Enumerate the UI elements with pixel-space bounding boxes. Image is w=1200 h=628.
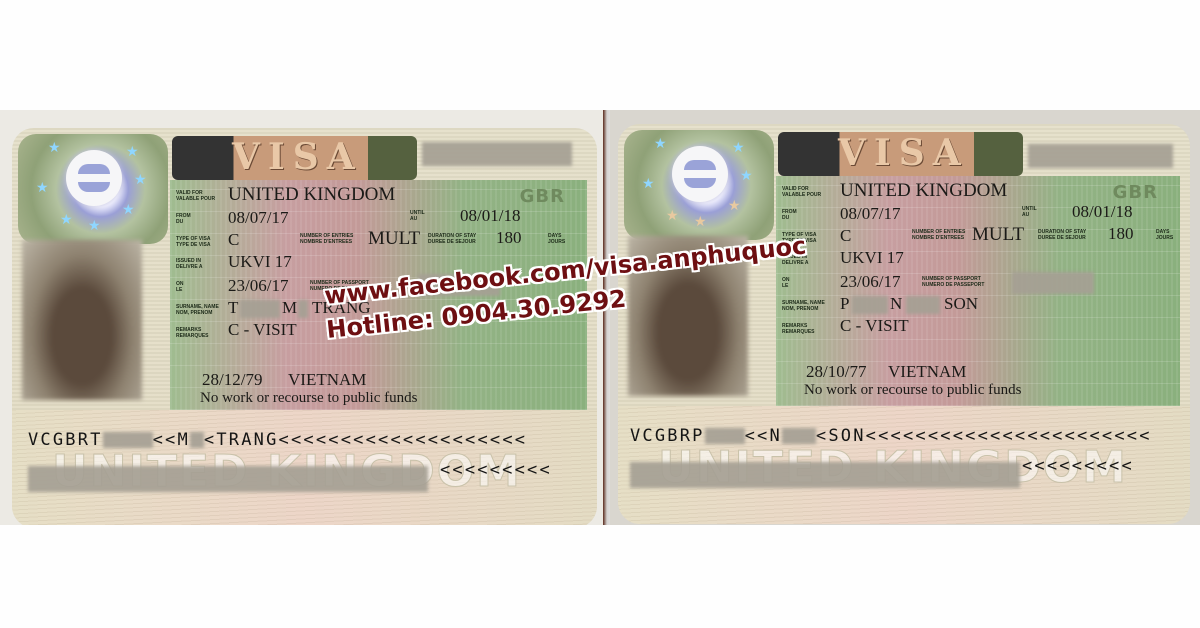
name-initial-1: P — [840, 294, 849, 314]
globe-icon — [672, 146, 728, 202]
visa-header: VISA — [232, 136, 363, 178]
country-code: GBR — [1113, 182, 1158, 203]
label-valid-for: VALID FOR VALABLE POUR — [782, 186, 821, 198]
label-passport-number: NUMBER OF PASSPORT NUMERO DE PASSEPORT — [922, 276, 984, 288]
label-from: FROM DU — [782, 209, 797, 221]
label-from: FROM DU — [176, 213, 191, 225]
redacted-mrz — [705, 428, 745, 444]
issue-date-value: 23/06/17 — [840, 272, 900, 292]
mrz-suffix: <SON<<<<<<<<<<<<<<<<<<<<<<< — [816, 426, 1152, 446]
name-initial-2: N — [890, 294, 902, 314]
star-icon: ★ — [126, 146, 139, 160]
remarks-value: C - VISIT — [228, 320, 297, 340]
remarks-value: C - VISIT — [840, 316, 909, 336]
star-icon: ★ — [740, 170, 753, 184]
star-icon: ★ — [666, 210, 679, 224]
from-value: 08/07/17 — [840, 204, 900, 224]
nationality: VIETNAM — [288, 370, 366, 390]
star-icon: ★ — [732, 142, 745, 156]
label-days: DAYS JOURS — [1156, 229, 1173, 241]
country-code: GBR — [520, 186, 565, 207]
label-valid-for: VALID FOR VALABLE POUR — [176, 190, 215, 202]
redacted-name — [906, 296, 940, 314]
star-icon: ★ — [694, 216, 707, 230]
visa-header: VISA — [838, 132, 969, 174]
label-on: ON LE — [176, 281, 184, 293]
valid-for-value: UNITED KINGDOM — [840, 180, 1007, 202]
redacted-passport-number — [1012, 272, 1094, 294]
redacted-number — [422, 142, 572, 166]
mrz-line-1: VCGBRP<<N<SON<<<<<<<<<<<<<<<<<<<<<<< — [630, 426, 1152, 446]
name-last: SON — [944, 294, 978, 314]
date-of-birth: 28/12/79 — [202, 370, 262, 390]
mrz-line-2-tail: <<<<<<<<< — [1022, 456, 1134, 476]
star-icon: ★ — [88, 220, 101, 234]
star-icon: ★ — [642, 178, 655, 192]
star-icon: ★ — [654, 138, 667, 152]
mrz-suffix: <TRANG<<<<<<<<<<<<<<<<<<<< — [204, 430, 527, 450]
issued-in-value: UKVI 17 — [840, 248, 904, 268]
visa-sticker: ★ ★ ★ ★ ★ ★ ★ VISA GBR VALID FOR VALABLE… — [12, 128, 597, 525]
redacted-name — [852, 296, 888, 314]
globe-icon — [66, 150, 122, 206]
entries-value: MULT — [972, 224, 1024, 246]
issued-in-value: UKVI 17 — [228, 252, 292, 272]
type-of-visa-value: C — [840, 226, 851, 246]
label-until: UNTIL AU — [410, 210, 425, 222]
visa-data-panel: GBR VALID FOR VALABLE POUR UNITED KINGDO… — [776, 176, 1180, 406]
mrz-line-1: VCGBRT<<M<TRANG<<<<<<<<<<<<<<<<<<<< — [28, 430, 527, 450]
mrz-prefix: VCGBRT — [28, 430, 103, 450]
label-days: DAYS JOURS — [548, 233, 565, 245]
redacted-name — [240, 300, 280, 318]
star-icon: ★ — [36, 182, 49, 196]
visa-condition: No work or recourse to public funds — [200, 390, 417, 407]
label-surname-name: SURNAME, NAME NOM, PRENOM — [782, 300, 825, 312]
redacted-mrz-line-2 — [630, 462, 1020, 488]
label-type-of-visa: TYPE OF VISA TYPE DE VISA — [176, 236, 210, 248]
redacted-mrz — [190, 432, 204, 448]
visa-sticker: ★ ★ ★ ★ ★ ★ ★ VISA GBR VALID FOR VALABLE… — [618, 124, 1190, 524]
mrz-mid: <<M — [153, 430, 190, 450]
valid-for-value: UNITED KINGDOM — [228, 184, 395, 206]
visa-photo-right: ★ ★ ★ ★ ★ ★ ★ VISA GBR VALID FOR VALABLE… — [610, 110, 1200, 525]
redacted-name — [298, 300, 308, 318]
visa-condition: No work or recourse to public funds — [804, 382, 1021, 399]
label-duration: DURATION OF STAY DUREE DE SEJOUR — [428, 233, 476, 245]
label-on: ON LE — [782, 277, 790, 289]
mrz-line-2-tail: <<<<<<<<< — [440, 460, 552, 480]
mrz-prefix: VCGBRP — [630, 426, 705, 446]
star-icon: ★ — [122, 204, 135, 218]
label-number-of-entries: NUMBER OF ENTRIES NOMBRE D'ENTREES — [912, 229, 965, 241]
star-icon: ★ — [60, 214, 73, 228]
hologram-emblem-icon: ★ ★ ★ ★ ★ ★ ★ — [18, 134, 168, 244]
hologram-emblem-icon: ★ ★ ★ ★ ★ ★ ★ — [624, 130, 774, 240]
duration-value: 180 — [1108, 224, 1134, 244]
label-surname-name: SURNAME, NAME NOM, PRENOM — [176, 304, 219, 316]
label-issued-in: ISSUED IN DELIVRE A — [176, 258, 202, 270]
star-icon: ★ — [134, 174, 147, 188]
star-icon: ★ — [728, 200, 741, 214]
label-number-of-entries: NUMBER OF ENTRIES NOMBRE D'ENTREES — [300, 233, 353, 245]
redacted-mrz-line-2 — [28, 466, 428, 492]
duration-value: 180 — [496, 228, 522, 248]
star-icon: ★ — [48, 142, 61, 156]
until-value: 08/01/18 — [1072, 202, 1132, 222]
name-initial-2: M — [282, 298, 297, 318]
entries-value: MULT — [368, 228, 420, 250]
nationality: VIETNAM — [888, 362, 966, 382]
label-until: UNTIL AU — [1022, 206, 1037, 218]
mrz-mid: <<N — [745, 426, 782, 446]
issue-date-value: 23/06/17 — [228, 276, 288, 296]
redacted-number — [1028, 144, 1173, 168]
from-value: 08/07/17 — [228, 208, 288, 228]
label-remarks: REMARKS REMARQUES — [176, 327, 209, 339]
until-value: 08/01/18 — [460, 206, 520, 226]
date-of-birth: 28/10/77 — [806, 362, 866, 382]
blurred-portrait — [22, 240, 142, 400]
redacted-mrz — [103, 432, 153, 448]
type-of-visa-value: C — [228, 230, 239, 250]
name-initial-1: T — [228, 298, 238, 318]
label-duration: DURATION OF STAY DUREE DE SEJOUR — [1038, 229, 1086, 241]
redacted-mrz — [782, 428, 816, 444]
label-remarks: REMARKS REMARQUES — [782, 323, 815, 335]
